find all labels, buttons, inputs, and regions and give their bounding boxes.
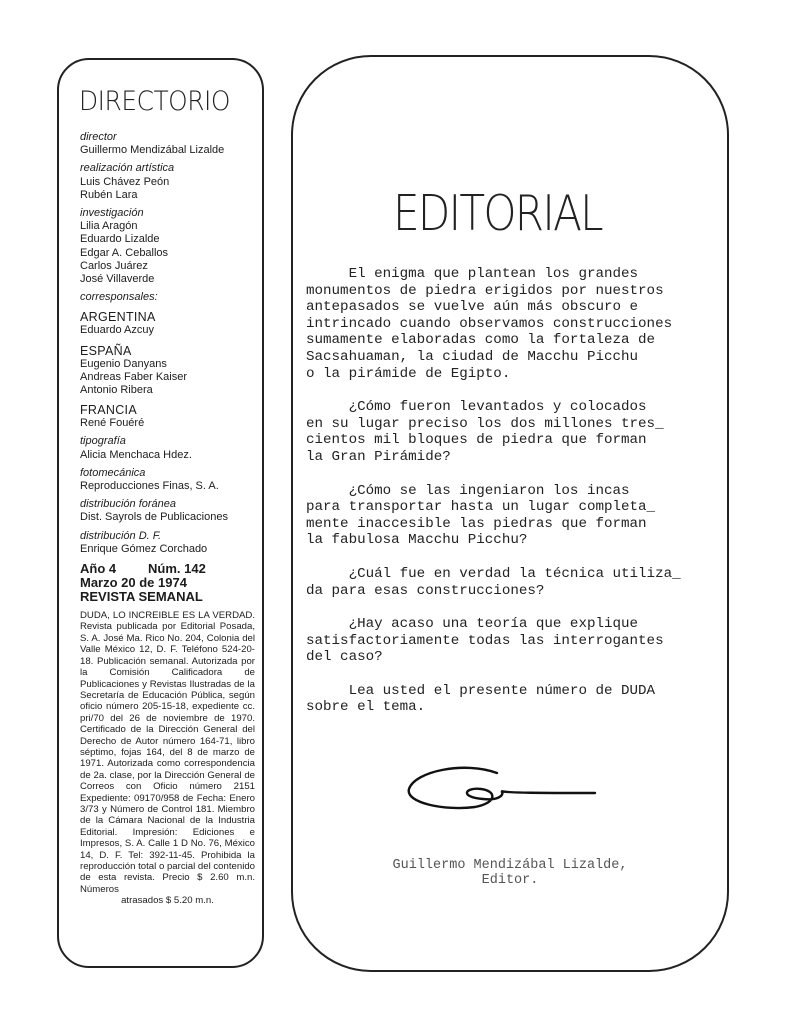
editorial-paragraph: ¿Hay acaso una teoría que explique satis…	[306, 616, 726, 666]
directory-name: Lilia Aragón	[80, 220, 255, 233]
correspondent-name: Eugenio Danyans	[80, 358, 255, 371]
correspondent-country: FRANCIA	[80, 403, 255, 417]
issue-number: Núm. 142	[148, 562, 206, 576]
directory-role: fotomecánica	[80, 467, 255, 480]
correspondent-name: Antonio Ribera	[80, 384, 255, 397]
directory-role: director	[80, 131, 255, 144]
editorial-paragraph: ¿Cómo fueron levantados y colocados en s…	[306, 399, 726, 465]
directory-name: Rubén Lara	[80, 189, 255, 202]
directory-role: realización artística	[80, 162, 255, 175]
directory-name: Guillermo Mendizábal Lizalde	[80, 144, 255, 157]
editorial-paragraph: ¿Cuál fue en verdad la técnica utiliza_ …	[306, 566, 726, 599]
issue-date: Marzo 20 de 1974	[80, 576, 255, 590]
directory-role: investigación	[80, 207, 255, 220]
legal-text: DUDA, LO INCREIBLE ES LA VERDAD. Revista…	[80, 610, 255, 895]
directory-name: Dist. Sayrols de Publicaciones	[80, 511, 255, 524]
issue-info: Año 4Núm. 142 Marzo 20 de 1974 REVISTA S…	[80, 562, 255, 604]
editorial-body: El enigma que plantean los grandes monum…	[306, 266, 726, 733]
correspondent-name: Eduardo Azcuy	[80, 324, 255, 337]
directory-role: distribución D. F.	[80, 530, 255, 543]
correspondent-country: ARGENTINA	[80, 310, 255, 324]
directory-name: Carlos Juárez	[80, 260, 255, 273]
correspondent-name: René Fouéré	[80, 417, 255, 430]
editorial-title: EDITORIAL	[393, 185, 602, 242]
legal-back-issues-price: atrasados $ 5.20 m.n.	[80, 895, 255, 906]
directory-name: José Villaverde	[80, 273, 255, 286]
directory-name: Reproducciones Finas, S. A.	[80, 480, 255, 493]
editorial-paragraph: ¿Cómo se las ingeniaron los incas para t…	[306, 483, 726, 549]
correspondent-name: Andreas Faber Kaiser	[80, 371, 255, 384]
issue-type: REVISTA SEMANAL	[80, 590, 255, 604]
correspondent-country: ESPAÑA	[80, 344, 255, 358]
editorial-paragraph: El enigma que plantean los grandes monum…	[306, 266, 726, 382]
correspondents-label: corresponsales:	[80, 291, 255, 304]
signoff-title: Editor.	[375, 873, 645, 888]
issue-year: Año 4	[80, 562, 148, 576]
editorial-signoff: Guillermo Mendizábal Lizalde, Editor.	[375, 858, 645, 888]
directory-list: directorGuillermo Mendizábal Lizaldereal…	[80, 131, 255, 907]
signoff-name: Guillermo Mendizábal Lizalde,	[375, 858, 645, 873]
editorial-paragraph: Lea usted el presente número de DUDA sob…	[306, 683, 726, 716]
directory-name: Alicia Menchaca Hdez.	[80, 449, 255, 462]
directory-name: Enrique Gómez Corchado	[80, 543, 255, 556]
directory-name: Luis Chávez Peón	[80, 176, 255, 189]
legal-notice: DUDA, LO INCREIBLE ES LA VERDAD. Revista…	[80, 610, 255, 907]
directory-title: DIRECTORIO	[79, 86, 230, 117]
signature-icon	[405, 763, 605, 819]
directory-role: distribución foránea	[80, 498, 255, 511]
directory-name: Eduardo Lizalde	[80, 233, 255, 246]
directory-role: tipografía	[80, 435, 255, 448]
directory-name: Edgar A. Ceballos	[80, 247, 255, 260]
